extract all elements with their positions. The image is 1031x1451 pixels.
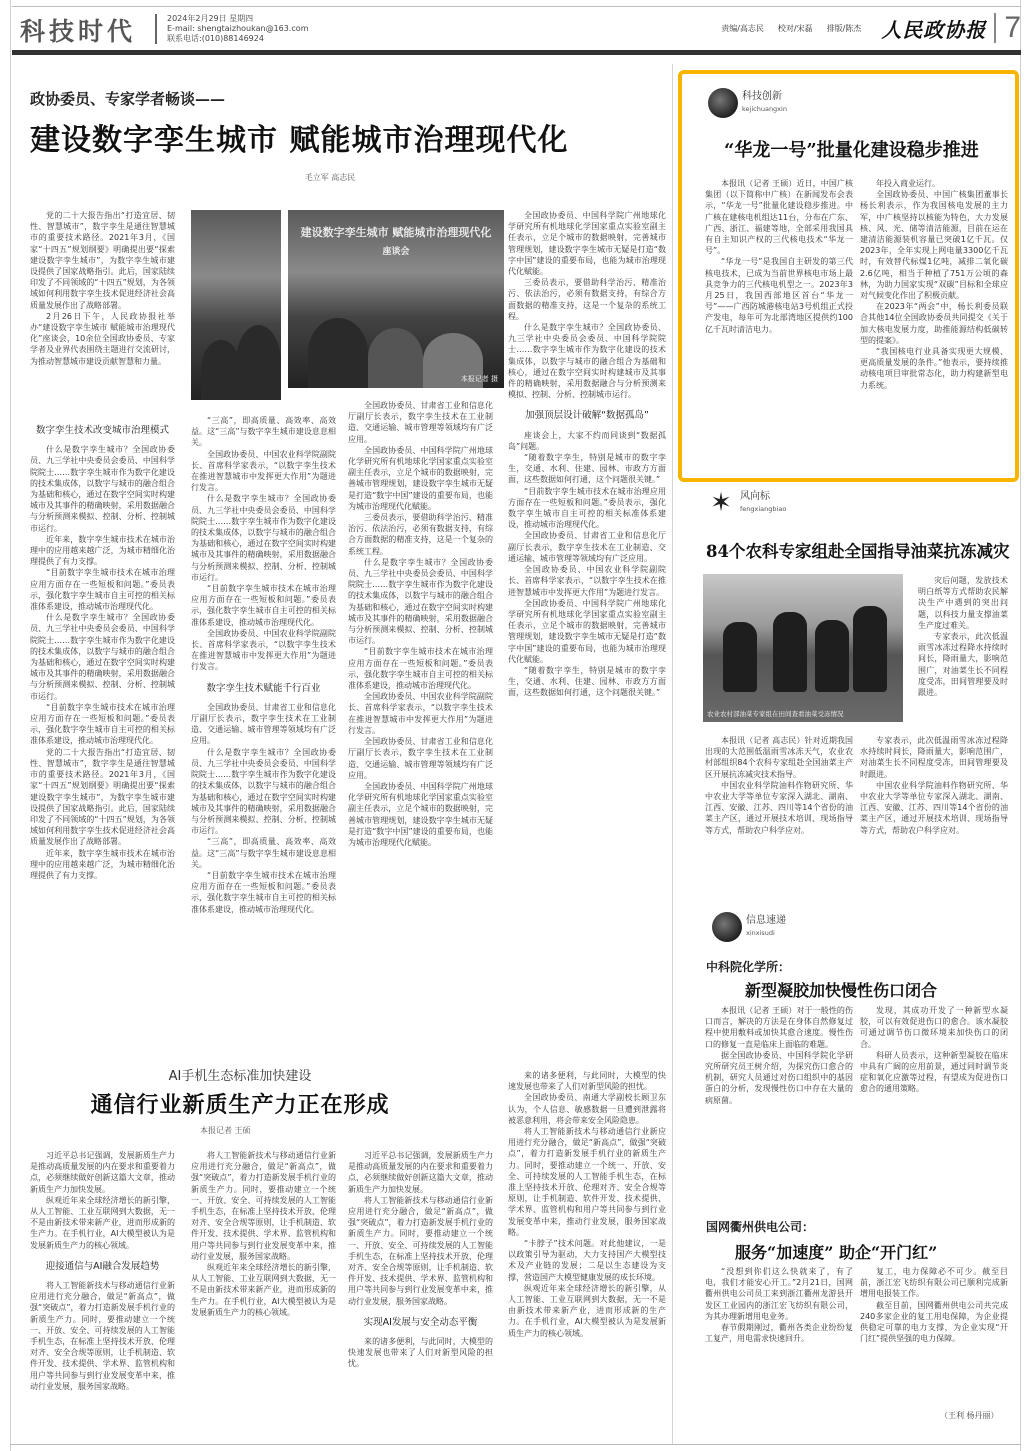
paragraph: “随着数字孪生，特别是城市的数字孪生，交通、水利、住建、园林、市政方方面面，这些… [508,452,666,486]
feature-4-column-2: 复工，电力保障必不可少。截至目前，浙江宏飞纺织有限公司已顺利完成新增用电报装工作… [860,1266,1008,1411]
column-name: 风向标 fengxiangbiao [740,491,786,515]
paragraph: 本报讯（记者 王硕）近日，中国广核集团（以下简称中广核）在新闻发布会表示，“华龙… [705,178,853,256]
top-rule [12,6,1021,7]
paragraph: 中国农业科学院油料作物研究所、华中农业大学等单位专家深入湖北、湖南、江西、安徽、… [705,780,853,836]
event-photo-main: 建设数字孪生城市 赋能城市治理现代化 座谈会 本报记者 摄 [288,210,504,388]
section-subhead: 数字孪生技术赋能千行百业 [191,683,336,694]
column-name-text: 风向标 [740,491,770,502]
field-photo: 农业农村部油菜专家组在田间查看油菜受冻情况 [703,574,903,722]
person-silhouette [853,606,887,692]
column-logo-fengxiangbiao: ✶ 风向标 fengxiangbiao [706,488,786,518]
paragraph: 全国政协委员、中国科学院广州地球化学研究所有机地球化学国家重点实验室副主任表示，… [508,210,666,277]
lead-headline[interactable]: 建设数字孪生城市 赋能城市治理现代化 [30,115,670,159]
paragraph: “三高”，即高质量、高效率、高效益。这“三高”与数字孪生城市建设息息相关。 [191,415,336,449]
photo-banner: 建设数字孪生城市 赋能城市治理现代化 座谈会 [288,224,504,257]
ai-kicker: AI手机生态标准加快建设 [0,1065,480,1084]
paragraph: 将人工智能新技术与移动通信行业新应用进行充分融合，做足“新高点”，做强“突破点”… [508,1126,666,1238]
paragraph: 习近平总书记强调，发展新质生产力是推动高质量发展的内在要求和重要着力点，必须继续… [348,1150,493,1195]
paragraph: 座谈会上，大家不约而同谈到“数据孤岛”问题。 [508,430,666,452]
paragraph: “没想到你们这么快就来了，有了电，我们才能安心开工。”2月21日，国网衢州供电公… [705,1266,853,1322]
paragraph: 复工，电力保障必不可少。截至目前，浙江宏飞纺织有限公司已顺利完成新增用电报装工作… [860,1266,1008,1300]
paragraph: 纵观近年来全球经济增长的新引擎，从人工智能、工业互联网到大数据，无一不是由新技术… [508,1283,666,1339]
person-silhouette [773,612,807,692]
contact-email[interactable]: E-mail: shengtaizhoukan@163.com [167,24,309,34]
paragraph: 来的诸多便利，与此同时，大模型的快速发展也带来了人们对新型风险的担忧。 [508,1070,666,1092]
paragraph: “卡脖子”技术问题。对此他建议，一是以政策引导为驱动，大力支持国产大模型技术及产… [508,1238,666,1283]
column-pinyin: xinxisudi [746,927,786,939]
feature-4-kicker: 国网衢州供电公司： [706,1218,814,1235]
lead-byline: 毛立军 高志民 [0,172,660,183]
masthead: 科技时代 2024年2月29日 星期四 E-mail: shengtaizhou… [12,8,1021,48]
bottom-rule [10,1444,1021,1445]
section-subhead: 加强顶层设计破解“数据孤岛” [508,410,666,421]
column-logo-icon [712,912,742,942]
column-logo-xinxisudi: 信息速递 xinxisudi [712,912,786,942]
weathervane-icon: ✶ [706,488,736,518]
column-pinyin: kejichuangxin [742,103,787,115]
audience-silhouette [368,328,423,388]
paragraph: 中国农业科学院油料作物研究所、华中农业大学等单位专家深入湖北、湖南、江西、安徽、… [860,780,1008,836]
paragraph: 将人工智能新技术与移动通信行业新应用进行充分融合，做足“新高点”，做强“突破点”… [348,1195,493,1307]
paragraph: 全国政协委员、中国科学院广州地球化学研究所有机地球化学国家重点实验室副主任表示，… [348,445,493,512]
column-logo-icon [708,88,738,118]
paragraph: 全国政协委员、甘肃省工业和信息化厅副厅长表示，数字孪生技术在工业制造、交通运输、… [348,400,493,445]
feature-3-column-2: 发现，其成功开发了一种新型水凝胶，可以有效促进伤口的愈合。该水凝胶可通过调节伤口… [860,1005,1008,1195]
paper-logo: 人民政协报 [881,14,986,43]
paragraph: 全国政协委员、中国农业科学院副院长、首席科学家表示，“以数字孪生技术在推进智慧城… [191,628,336,673]
masthead-rule [12,50,1021,55]
lead-intro-column: 党的二十大报告指出“打造宜居、韧性、智慧城市”，数字孪生是通往智慧城市的重要技术… [30,210,175,400]
ai-column-2: 将人工智能新技术与移动通信行业新应用进行充分融合，做足“新高点”，做强“突破点”… [191,1150,336,1430]
paragraph: 全国政协委员、甘肃省工业和信息化厅副厅长表示，数字孪生技术在工业制造、交通运输、… [348,736,493,781]
section-subhead: 迎接通信与AI融合发展趋势 [30,1261,175,1272]
feature-3-headline[interactable]: 新型凝胶加快慢性伤口闭合 [745,978,937,1001]
lead-column-3: 全国政协委员、甘肃省工业和信息化厅副厅长表示，数字孪生技术在工业制造、交通运输、… [348,400,493,1040]
page-number: 7 [1004,11,1021,45]
credit-proofreader: 校对/宋磊 [778,23,813,34]
lead-kicker: 政协委员、专家学者畅谈—— [30,88,225,109]
column-name: 科技创新 kejichuangxin [742,91,787,115]
column-divider [672,64,673,1444]
paragraph: 春节假期刚过，衢州各类企业纷纷复工复产，用电需求快速回升。 [705,1322,853,1344]
column-name: 信息速递 xinxisudi [746,915,786,939]
paragraph: 科研人员表示，这种新型凝胶在临床中具有广阔的应用前景，通过同时调节炎症和氧化应激… [860,1050,1008,1095]
paragraph: “目前数字孪生城市技术在城市治理应用方面存在一些短板和问题。”委员表示，强化数字… [508,486,666,531]
section-name: 科技时代 [20,12,136,48]
paragraph: “华龙一号”是我国自主研发的第三代核电技术，已成为当前世界核电市场上最具竞争力的… [705,256,853,334]
paragraph: 全国政协委员、中国科学院广州地球化学研究所有机地球化学国家重点实验室副主任表示，… [348,781,493,848]
paragraph: 全国政协委员、中国农业科学院副院长、首席科学家表示，“以数字孪生技术在推进智慧城… [191,449,336,494]
paragraph: “三高”，即高质量、高效率、高效益。这“三高”与数字孪生城市建设息息相关。 [191,836,336,870]
paragraph: 全国政协委员、南通大学副校长顾卫东认为，个人信息、敏感数据一旦遭到泄露将被恶意利… [508,1092,666,1126]
person-silhouette [815,620,849,692]
paragraph: 纵观近年来全球经济增长的新引擎，从人工智能、工业互联网到大数据，无一不是由新技术… [30,1195,175,1251]
section-subhead: 数字孪生技术改变城市治理模式 [30,425,175,436]
paragraph: 在2023年“两会”中，杨长利委员联合其他14位全国政协委员共同提交《关于加大核… [860,301,1008,346]
paragraph: 全国政协委员、中国农业科学院副院长、首席科学家表示，“以数字孪生技术在推进智慧城… [348,691,493,736]
paragraph: 本报讯（记者 高志民）针对近期我国出现的大范围低温雨雪冰冻天气，农业农村部组织8… [705,735,853,780]
ai-column-1: 习近平总书记强调，发展新质生产力是推动高质量发展的内在要求和重要着力点，必须继续… [30,1150,175,1430]
section-subhead: 实现AI发展与安全动态平衡 [348,1317,493,1328]
paragraph: “目前数字孪生城市技术在城市治理应用方面存在一些短板和问题。”委员表示，强化数字… [348,646,493,691]
column-logo-kejichuangxin: 科技创新 kejichuangxin [708,88,787,118]
feature-2-column-1: 本报讯（记者 高志民）针对近期我国出现的大范围低温雨雪冰冻天气，农业农村部组织8… [705,735,853,885]
photo-banner-title: 建设数字孪生城市 赋能城市治理现代化 [301,226,492,239]
paragraph: “目前数字孪生城市技术在城市治理应用方面存在一些短板和问题。”委员表示，强化数字… [191,583,336,628]
paragraph: 全国政协委员、中国农业科学院副院长、首席科学家表示，“以数字孪生技术在推进智慧城… [508,564,666,598]
page-number-divider [994,13,996,43]
lead-column-1: 数字孪生技术改变城市治理模式 什么是数字孪生城市？全国政协委员、九三学社中央委员… [30,415,175,1040]
paragraph: 近年来，数字孪生城市技术在城市治理中的应用越来越广泛，为城市精细化治理提供了有力… [30,534,175,568]
paragraph: “我国核电行业具备实现更大规模、更高质量发展的条件。”他表示，要持续推动核电项目… [860,346,1008,391]
paragraph: 全国政协委员、甘肃省工业和信息化厅副厅长表示，数字孪生技术在工业制造、交通运输、… [191,702,336,747]
paragraph: 全国政协委员、中国广核集团董事长杨长利表示，作为我国核电发展的主力军，中广核坚持… [860,189,1008,301]
lead-column-2: “三高”，即高质量、高效率、高效益。这“三高”与数字孪生城市建设息息相关。 全国… [191,415,336,1040]
paragraph: 来的诸多便利，与此同时，大模型的快速发展也带来了人们对新型风险的担忧。 [348,1336,493,1370]
column-pinyin: fengxiangbiao [740,503,786,515]
paragraph: 发现，其成功开发了一种新型水凝胶，可以有效促进伤口的愈合。该水凝胶可通过调节伤口… [860,1005,1008,1050]
lead-column-4: 全国政协委员、中国科学院广州地球化学研究所有机地球化学国家重点实验室副主任表示，… [508,210,666,1040]
column-name-text: 信息速递 [746,915,786,926]
paragraph: 专家表示，此次低温雨雪冰冻过程降水持续时间长，降雨量大，影响范围广，对油菜生长不… [918,631,1008,698]
paragraph: 年投入商业运行。 [860,178,1008,189]
paragraph: 截至目前，国网衢州供电公司共完成240多家企业的复工用电保障，为企业提供稳定可靠… [860,1300,1008,1345]
masthead-right: 责编/高志民 校对/宋磊 排版/陈杰 人民政协报 7 [721,8,1021,48]
person-silhouette [723,622,757,692]
audience-silhouette [201,340,241,400]
paragraph: 灾后问题，发放技术明白纸等方式帮助农民解决生产中遇到的突出问题，以科技力量支撑油… [918,575,1008,631]
ai-byline: 本报记者 王硕 [200,1125,251,1136]
ai-column-4: 来的诸多便利，与此同时，大模型的快速发展也带来了人们对新型风险的担忧。 全国政协… [508,1070,666,1430]
feature-2-column-2: 专家表示，此次低温雨雪冰冻过程降水持续时间长，降雨量大，影响范围广，对油菜生长不… [860,735,1008,885]
photo-credit: 本报记者 摄 [461,374,498,384]
paragraph: “随着数字孪生，特别是城市的数字孪生，交通、水利、住建、园林、市政方方面面，这些… [508,665,666,699]
feature-3-column-1: 本报讯（记者 王硕）对于一般性的伤口而言，解决的方法是在身体自然修复过程中使用敷… [705,1005,853,1195]
paragraph: 专家表示，此次低温雨雪冰冻过程降水持续时间长，降雨量大，影响范围广，对油菜生长不… [860,735,1008,780]
paragraph: 什么是数字孪生城市？全国政协委员、九三学社中央委员会委员、中国科学院院士……数字… [191,747,336,837]
paragraph: “目前数字孪生城市技术在城市治理应用方面存在一些短板和问题。”委员表示，强化数字… [30,702,175,747]
paragraph: 党的二十大报告指出“打造宜居、韧性、智慧城市”，数字孪生是通往智慧城市的重要技术… [30,210,175,311]
paragraph: 纵观近年来全球经济增长的新引擎，从人工智能、工业互联网到大数据，无一不是由新技术… [191,1262,336,1318]
photo-caption: 农业农村部油菜专家组在田间查看油菜受冻情况 [707,710,844,719]
ai-column-3: 习近平总书记强调，发展新质生产力是推动高质量发展的内在要求和重要着力点，必须继续… [348,1150,493,1430]
feature-1-headline[interactable]: “华龙一号”批量化建设稳步推进 [724,136,979,162]
feature-4-column-1: “没想到你们这么快就来了，有了电，我们才能安心开工。”2月21日，国网衢州供电公… [705,1266,853,1426]
feature-4-byline: （王利 杨丹丽） [940,1410,999,1421]
paragraph: 全国政协委员、中国科学院广州地球化学研究所有机地球化学国家重点实验室副主任表示，… [508,598,666,665]
paragraph: 将人工智能新技术与移动通信行业新应用进行充分融合，做足“新高点”，做强“突破点”… [191,1150,336,1262]
paragraph: 2月26日下午，人民政协报社举办“建设数字孪生城市 赋能城市治理现代化”座谈会，… [30,311,175,367]
ai-headline[interactable]: 通信行业新质生产力正在形成 [0,1088,480,1119]
paragraph: 习近平总书记强调，发展新质生产力是推动高质量发展的内在要求和重要着力点，必须继续… [30,1150,175,1195]
feature-2-side-column: 灾后问题，发放技术明白纸等方式帮助农民解决生产中遇到的突出问题，以科技力量支撑油… [918,575,1008,735]
paragraph: 三委员表示，要借助科学治污、精准治污、依法治污，必须有数据支持，有综合方面数据的… [508,277,666,322]
masthead-info: 2024年2月29日 星期四 E-mail: shengtaizhoukan@1… [167,14,309,44]
event-photo-left [191,210,281,400]
credit-editor: 责编/高志民 [721,23,764,34]
feature-1-column-1: 本报讯（记者 王硕）近日，中国广核集团（以下简称中广核）在新闻发布会表示，“华龙… [705,178,853,468]
feature-4-headline[interactable]: 服务“加速度” 助企“开门红” [735,1240,937,1263]
audience-silhouette [308,318,368,388]
paragraph: “目前数字孪生城市技术在城市治理应用方面存在一些短板和问题。”委员表示，强化数字… [30,567,175,612]
photo-banner-subtitle: 座谈会 [288,244,504,257]
paragraph: 近年来，数字孪生城市技术在城市治理中的应用越来越广泛，为城市精细化治理提供了有力… [30,848,175,882]
paragraph: 什么是数字孪生城市？全国政协委员、九三学社中央委员会委员、中国科学院院士……数字… [30,444,175,534]
paragraph: 什么是数字孪生城市？全国政协委员、九三学社中央委员会委员、中国科学院院士……数字… [191,493,336,583]
issue-date: 2024年2月29日 星期四 [167,14,309,24]
feature-2-headline[interactable]: 84个农科专家组赴全国指导油菜抗冻减灾 [706,538,1009,562]
paragraph: 什么是数字孪生城市？全国政协委员、九三学社中央委员会委员、中国科学院院士……数字… [30,612,175,702]
credit-layout: 排版/陈杰 [827,23,862,34]
column-name-text: 科技创新 [742,91,782,102]
paragraph: 党的二十大报告指出“打造宜居、韧性、智慧城市”，数字孪生是通往智慧城市的重要技术… [30,747,175,848]
feature-1-column-2: 年投入商业运行。 全国政协委员、中国广核集团董事长杨长利表示，作为我国核电发展的… [860,178,1008,468]
audience-silhouette [236,325,281,400]
paragraph: 本报讯（记者 王硕）对于一般性的伤口而言，解决的方法是在身体自然修复过程中使用敷… [705,1005,853,1050]
paragraph: 什么是数字孪生城市？全国政协委员、九三学社中央委员会委员、中国科学院院士……数字… [348,557,493,647]
masthead-divider [155,14,157,44]
paragraph: 全国政协委员、甘肃省工业和信息化厅副厅长表示，数字孪生技术在工业制造、交通运输、… [508,530,666,564]
paragraph: “目前数字孪生城市技术在城市治理应用方面存在一些短板和问题。”委员表示，强化数字… [191,870,336,915]
paragraph: 三委员表示，要借助科学治污、精准治污、依法治污，必须有数据支持，有综合方面数据的… [348,512,493,557]
contact-phone: 联系电话:(010)88146924 [167,34,309,44]
paragraph: 将人工智能新技术与移动通信行业新应用进行充分融合，做足“新高点”，做强“突破点”… [30,1280,175,1392]
paragraph: 什么是数字孪生城市？全国政协委员、九三学社中央委员会委员、中国科学院院士……数字… [508,322,666,400]
paragraph: 据全国政协委员、中国科学院化学研究所研究员王树介绍，为探究伤口愈合的机制，研究人… [705,1050,853,1106]
feature-3-kicker: 中科院化学所： [706,958,790,975]
